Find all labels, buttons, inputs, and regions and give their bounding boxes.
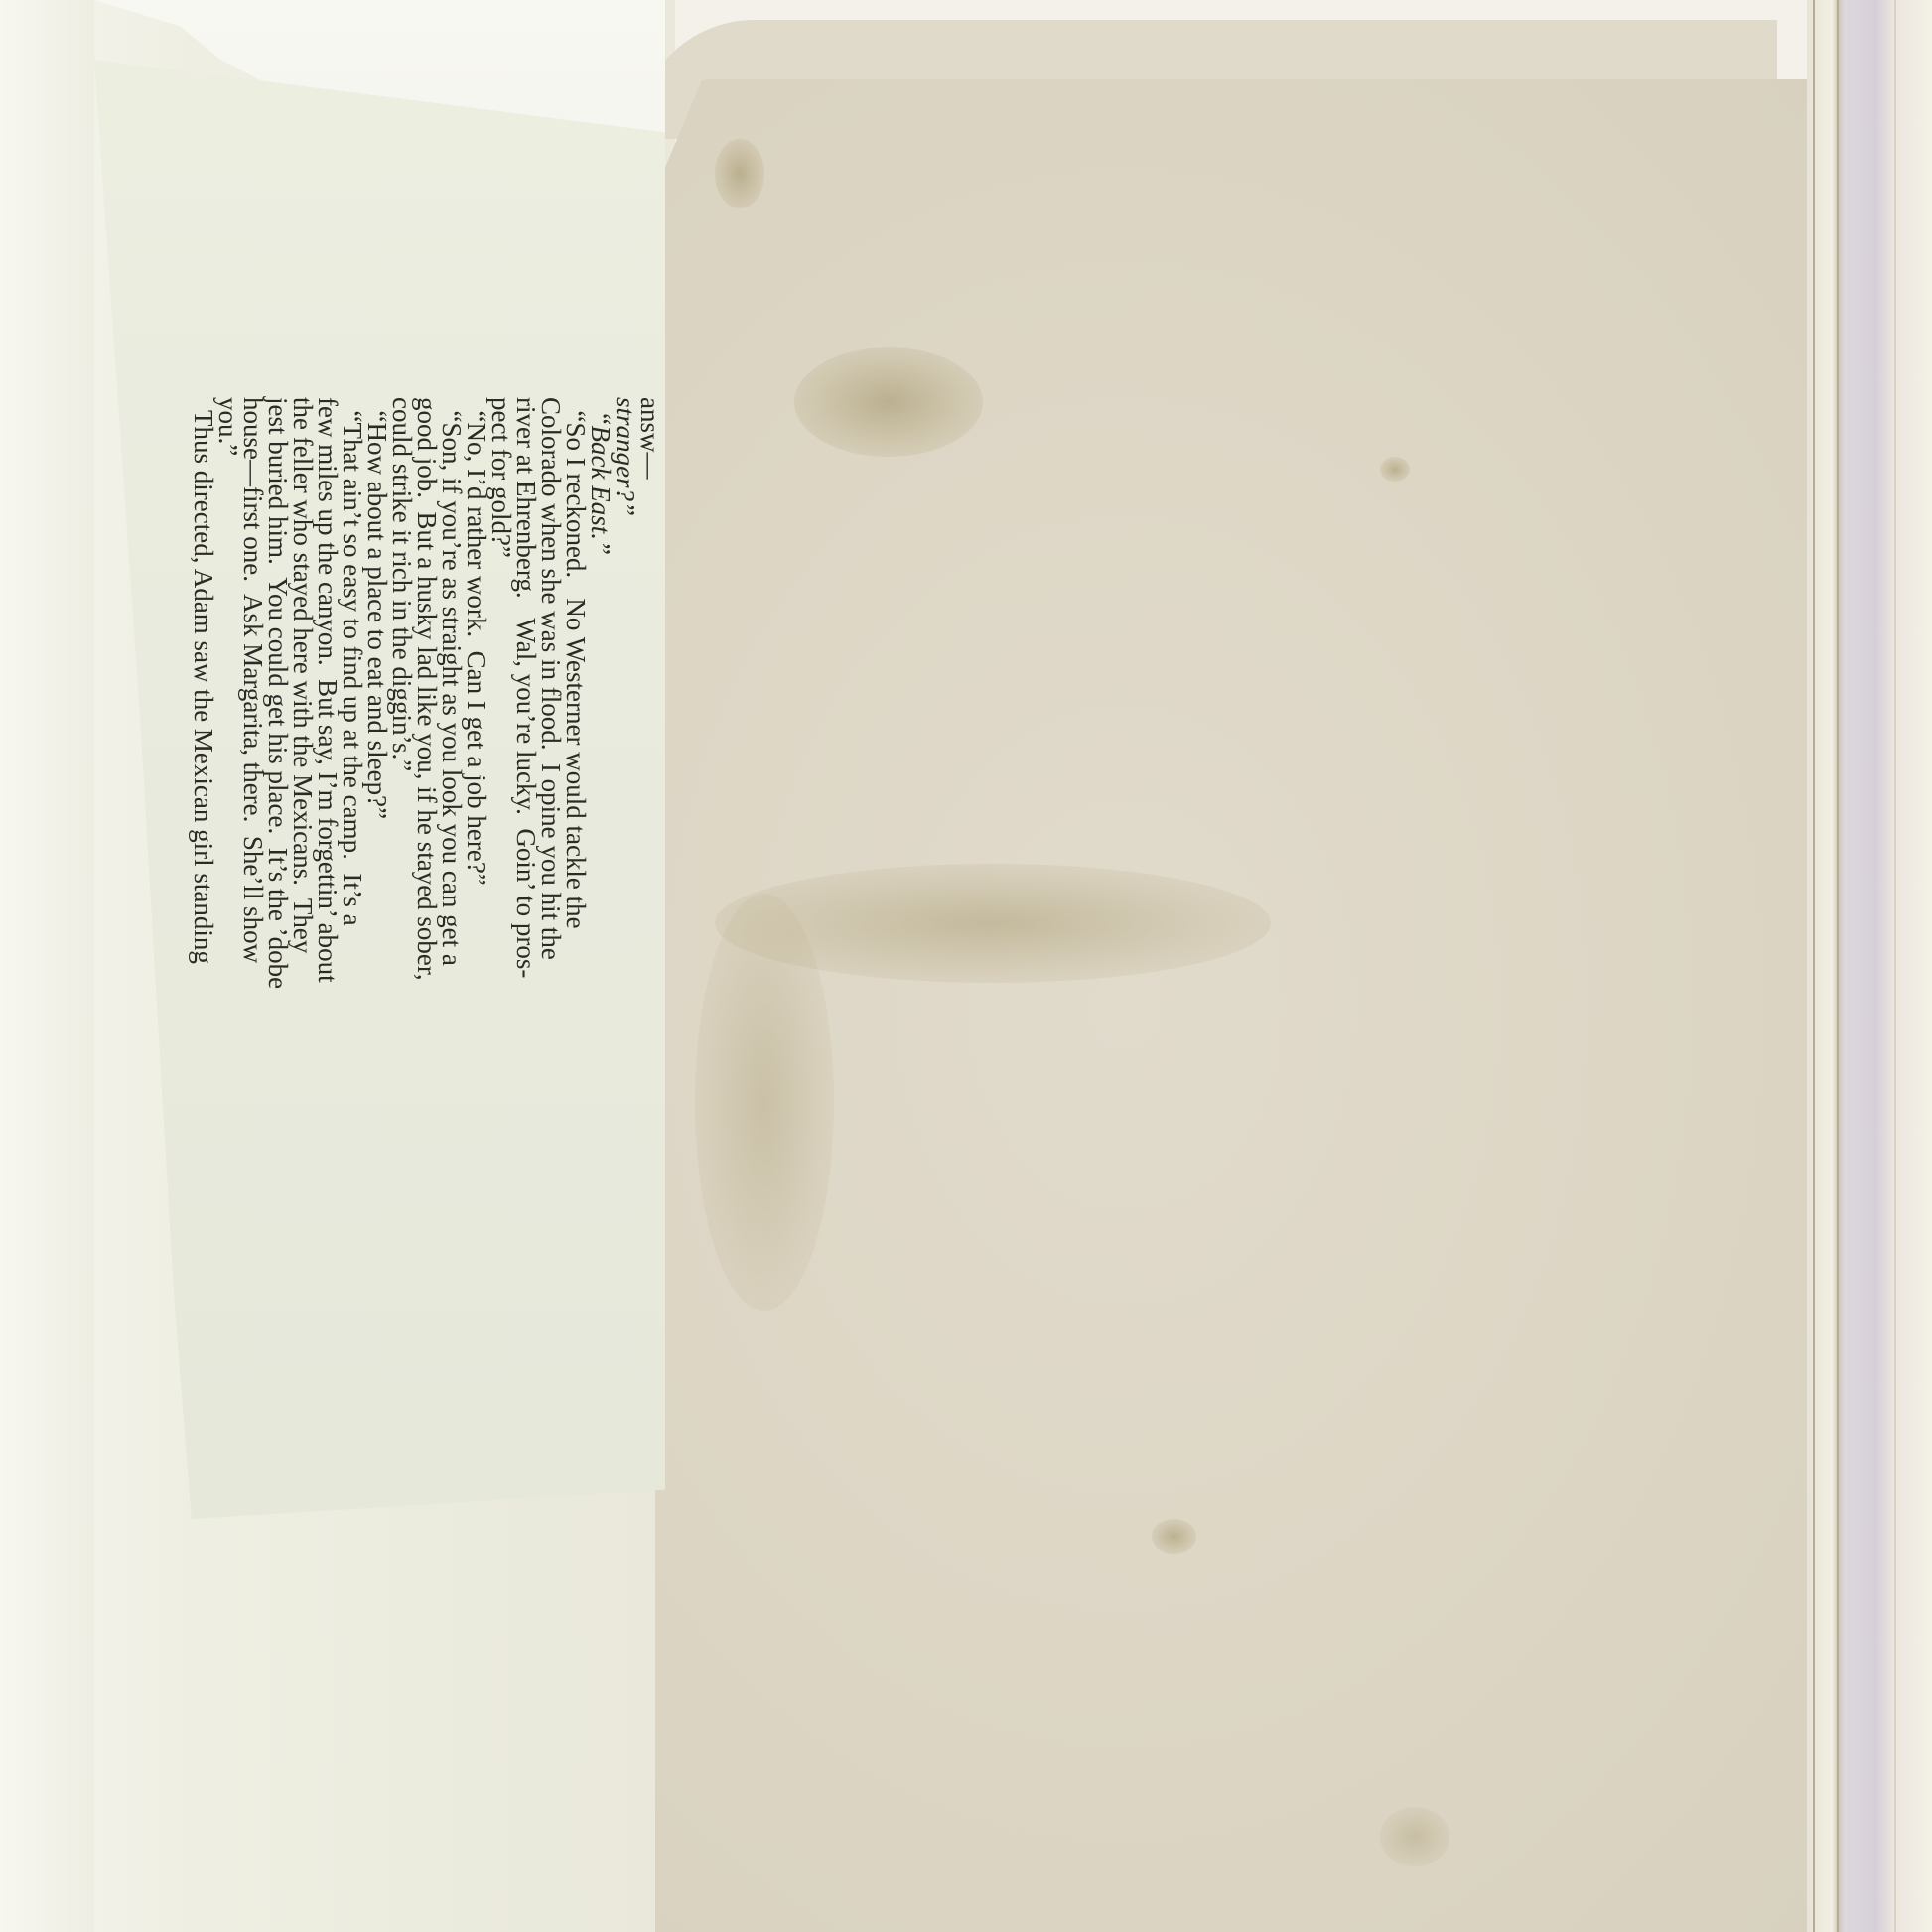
left-page-edge: [0, 0, 94, 1932]
page-edge-line: [1837, 0, 1839, 1932]
stained-right-page: [655, 79, 1832, 1932]
text-line: answ—: [635, 397, 660, 1191]
book-page-edges: [1807, 0, 1932, 1932]
stain-blot-upper: [794, 347, 983, 457]
stain-small-dot: [1380, 457, 1410, 482]
stain-vertical-streak: [695, 894, 834, 1311]
page-edge-line: [1813, 0, 1815, 1932]
text-line: house—first one. Ask Margarita, there. S…: [238, 397, 263, 1191]
text-line: Thus directed, Adam saw the Mexican girl…: [189, 397, 213, 1191]
rotated-text-block: answ— stranger?” “Back East.” “So I reck…: [189, 397, 660, 1191]
stain-spot-lower: [1152, 1519, 1196, 1554]
page-edge-line: [1894, 0, 1896, 1932]
stain-spot-top: [715, 139, 764, 208]
book-photo: answ— stranger?” “Back East.” “So I reck…: [0, 0, 1932, 1932]
stain-spot-bottom: [1380, 1807, 1449, 1866]
